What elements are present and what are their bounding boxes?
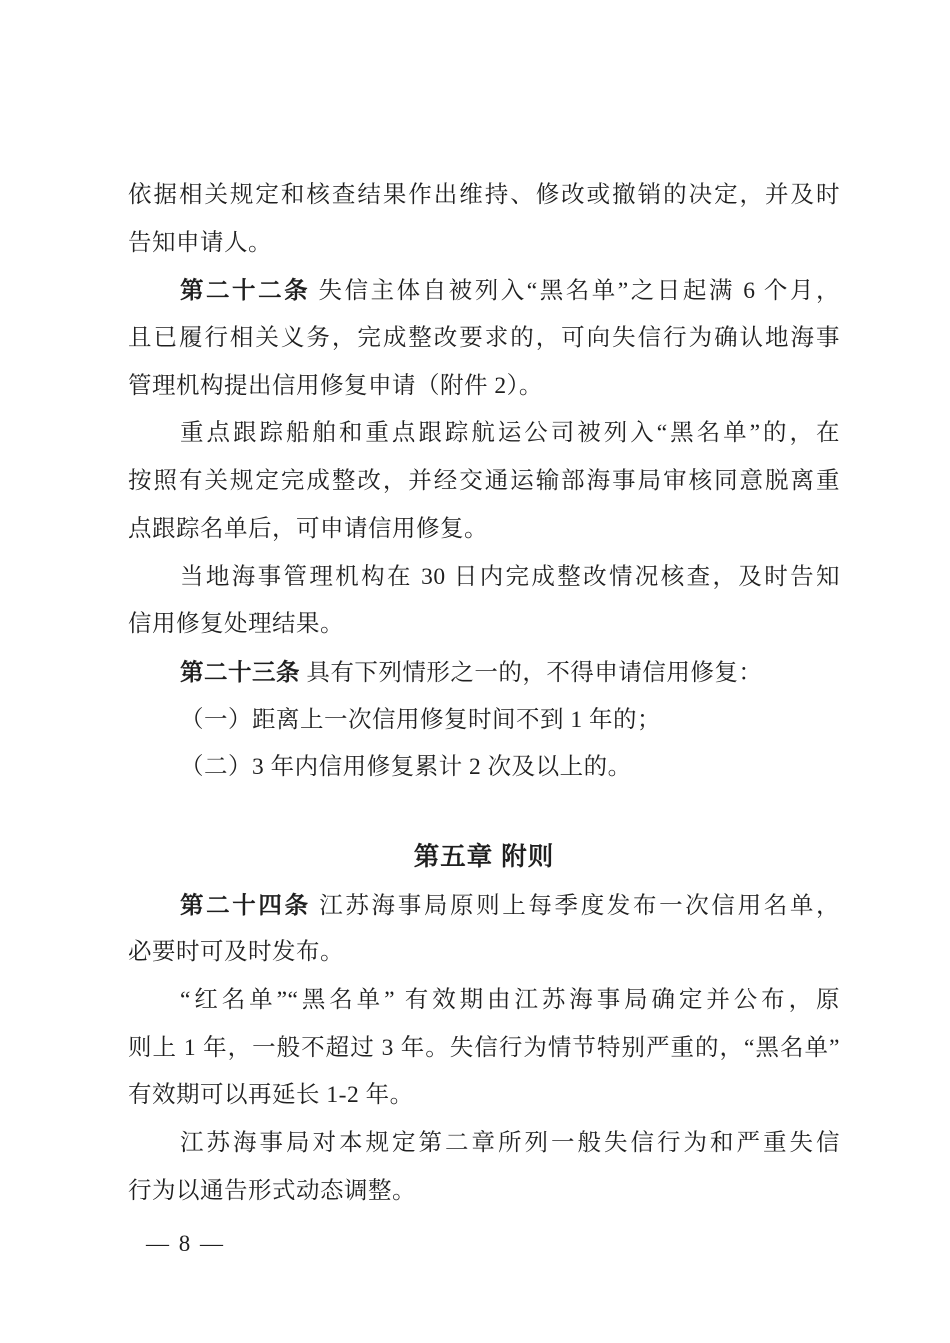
text-line: （二）3 年内信用修复累计 2 次及以上的。: [128, 744, 840, 792]
text-line: 点跟踪名单后，可申请信用修复。: [128, 506, 840, 554]
document-body: 依据相关规定和核查结果作出维持、修改或撤销的决定，并及时告知申请人。第二十二条 …: [128, 172, 840, 1215]
text-line: 管理机构提出信用修复申请（附件 2）。: [128, 363, 840, 411]
text-line: 且已履行相关义务，完成整改要求的，可向失信行为确认地海事: [128, 315, 840, 363]
text-line: 第二十二条 失信主体自被列入“黑名单”之日起满 6 个月，: [128, 267, 840, 315]
chapter-heading: 第五章 附则: [128, 834, 840, 882]
text-run: 当地海事管理机构在 30 日内完成整改情况核查，及时告知: [180, 564, 840, 590]
text-line: 必要时可及时发布。: [128, 929, 840, 977]
text-line: 按照有关规定完成整改，并经交通运输部海事局审核同意脱离重: [128, 458, 840, 506]
text-run: （二）3 年内信用修复累计 2 次及以上的。: [180, 754, 632, 780]
text-run: 行为以通告形式动态调整。: [128, 1178, 416, 1204]
text-line: 则上 1 年，一般不超过 3 年。失信行为情节特别严重的，“黑名单”: [128, 1025, 840, 1073]
text-run: “红名单”“黑名单” 有效期由江苏海事局确定并公布，原: [180, 987, 840, 1013]
article-label: 第二十二条: [180, 277, 310, 303]
text-run: 点跟踪名单后，可申请信用修复。: [128, 516, 488, 542]
text-run: 信用修复处理结果。: [128, 611, 344, 637]
text-line: 有效期可以再延长 1-2 年。: [128, 1072, 840, 1120]
text-run: 必要时可及时发布。: [128, 939, 344, 965]
text-line: 依据相关规定和核查结果作出维持、修改或撤销的决定，并及时: [128, 172, 840, 220]
text-run: 重点跟踪船舶和重点跟踪航运公司被列入“黑名单”的，在: [180, 420, 840, 446]
text-run: 失信主体自被列入“黑名单”之日起满 6 个月，: [310, 278, 840, 304]
text-run: 依据相关规定和核查结果作出维持、修改或撤销的决定，并及时: [128, 182, 840, 208]
text-run: 则上 1 年，一般不超过 3 年。失信行为情节特别严重的，“黑名单”: [128, 1035, 840, 1061]
text-line: （一）距离上一次信用修复时间不到 1 年的；: [128, 697, 840, 745]
text-line: 重点跟踪船舶和重点跟踪航运公司被列入“黑名单”的，在: [128, 410, 840, 458]
text-run: 具有下列情形之一的，不得申请信用修复：: [300, 660, 762, 686]
article-label: 第二十三条: [180, 659, 300, 685]
page-number: — 8 —: [146, 1231, 225, 1257]
text-run: 按照有关规定完成整改，并经交通运输部海事局审核同意脱离重: [128, 468, 840, 494]
text-line: 告知申请人。: [128, 220, 840, 268]
text-line: 第二十四条 江苏海事局原则上每季度发布一次信用名单，: [128, 882, 840, 930]
text-run: 有效期可以再延长 1-2 年。: [128, 1082, 414, 1108]
document-page: 依据相关规定和核查结果作出维持、修改或撤销的决定，并及时告知申请人。第二十二条 …: [0, 0, 950, 1343]
article-label: 第二十四条: [180, 892, 311, 918]
text-line: 行为以通告形式动态调整。: [128, 1168, 840, 1216]
text-run: 且已履行相关义务，完成整改要求的，可向失信行为确认地海事: [128, 325, 840, 351]
text-run: （一）距离上一次信用修复时间不到 1 年的；: [180, 707, 661, 733]
text-line: 第二十三条 具有下列情形之一的，不得申请信用修复：: [128, 649, 840, 697]
text-run: 管理机构提出信用修复申请（附件 2）。: [128, 373, 543, 399]
text-line: “红名单”“黑名单” 有效期由江苏海事局确定并公布，原: [128, 977, 840, 1025]
article-label: 第五章 附则: [414, 843, 555, 871]
text-run: 江苏海事局对本规定第二章所列一般失信行为和严重失信: [180, 1130, 840, 1156]
text-line: 当地海事管理机构在 30 日内完成整改情况核查，及时告知: [128, 554, 840, 602]
text-run: 江苏海事局原则上每季度发布一次信用名单，: [311, 893, 840, 919]
text-line: 江苏海事局对本规定第二章所列一般失信行为和严重失信: [128, 1120, 840, 1168]
text-line: 信用修复处理结果。: [128, 601, 840, 649]
text-run: 告知申请人。: [128, 230, 272, 256]
